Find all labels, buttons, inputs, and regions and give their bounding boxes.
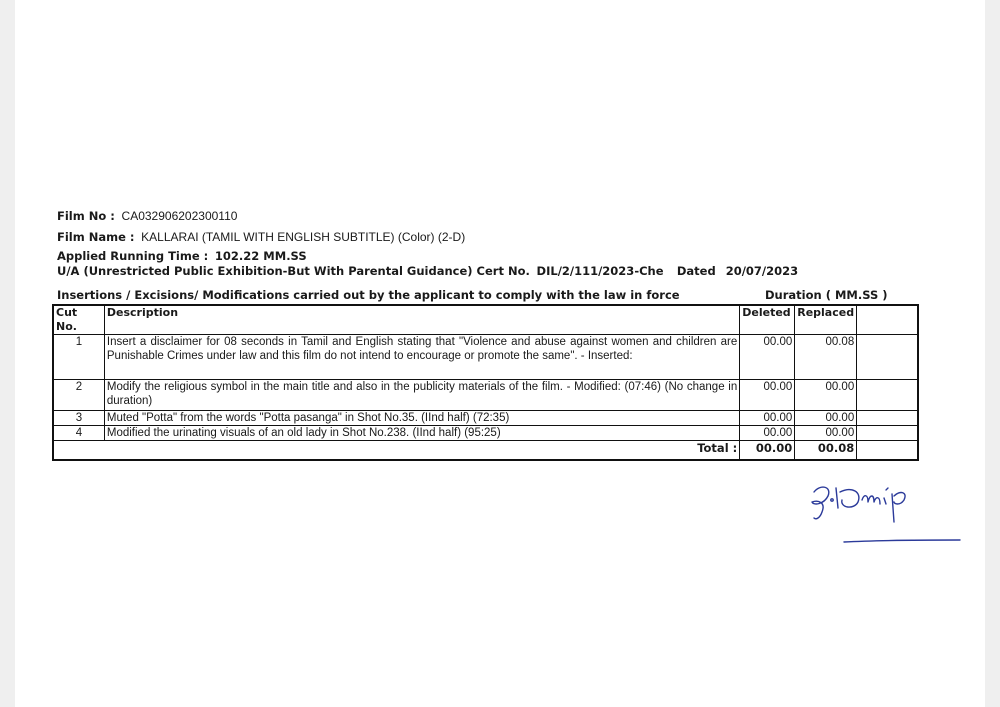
header-deleted: Deleted: [740, 305, 795, 335]
signature: [800, 478, 965, 553]
replaced-cell: 00.00: [795, 426, 857, 441]
description-cell: Modify the religious symbol in the main …: [104, 380, 739, 411]
film-no-value: CA032906202300110: [122, 209, 238, 223]
certificate-line: U/A (Unrestricted Public Exhibition-But …: [57, 264, 798, 278]
film-name-label: Film Name :: [57, 230, 135, 244]
blank-cell: [857, 426, 918, 441]
deleted-cell: 00.00: [740, 380, 795, 411]
blank-cell: [857, 335, 918, 380]
cut-no-cell: 4: [53, 426, 104, 441]
description-cell: Muted "Potta" from the words "Potta pasa…: [104, 411, 739, 426]
description-cell: Insert a disclaimer for 08 seconds in Ta…: [104, 335, 739, 380]
film-no-label: Film No :: [57, 209, 115, 223]
deleted-cell: 00.00: [740, 426, 795, 441]
total-replaced: 00.08: [795, 441, 857, 461]
table-header-row: Cut No. Description Deleted Replaced: [53, 305, 918, 335]
signature-icon: [800, 478, 965, 548]
cut-no-cell: 2: [53, 380, 104, 411]
deleted-cell: 00.00: [740, 335, 795, 380]
blank-cell: [857, 441, 918, 461]
deleted-cell: 00.00: [740, 411, 795, 426]
film-name-value: KALLARAI (TAMIL WITH ENGLISH SUBTITLE) (…: [141, 230, 465, 244]
replaced-cell: 00.00: [795, 380, 857, 411]
blank-cell: [857, 411, 918, 426]
total-row: Total : 00.00 00.08: [53, 441, 918, 461]
blank-cell: [857, 380, 918, 411]
header-description: Description: [104, 305, 739, 335]
section-heading-text: Insertions / Excisions/ Modifications ca…: [57, 288, 680, 302]
table-row: 2 Modify the religious symbol in the mai…: [53, 380, 918, 411]
cut-no-cell: 1: [53, 335, 104, 380]
header-replaced: Replaced: [795, 305, 857, 335]
header-cut-no: Cut No.: [53, 305, 104, 335]
table-row: 3 Muted "Potta" from the words "Potta pa…: [53, 411, 918, 426]
cuts-table: Cut No. Description Deleted Replaced 1 I…: [52, 304, 919, 461]
cut-no-cell: 3: [53, 411, 104, 426]
running-time-value: 102.22 MM.SS: [215, 249, 307, 263]
running-time-line: Applied Running Time : 102.22 MM.SS: [57, 249, 307, 263]
dated-value: 20/07/2023: [726, 264, 798, 278]
certificate-label: U/A (Unrestricted Public Exhibition-But …: [57, 264, 530, 278]
table-row: 4 Modified the urinating visuals of an o…: [53, 426, 918, 441]
table-row: 1 Insert a disclaimer for 08 seconds in …: [53, 335, 918, 380]
header-blank: [857, 305, 918, 335]
film-name-line: Film Name : KALLARAI (TAMIL WITH ENGLISH…: [57, 230, 465, 244]
replaced-cell: 00.00: [795, 411, 857, 426]
certificate-number: DIL/2/111/2023-Che: [537, 264, 664, 278]
duration-heading: Duration ( MM.SS ): [765, 288, 888, 302]
running-time-label: Applied Running Time :: [57, 249, 208, 263]
description-cell: Modified the urinating visuals of an old…: [104, 426, 739, 441]
total-label: Total :: [53, 441, 740, 461]
replaced-cell: 00.08: [795, 335, 857, 380]
section-heading: Insertions / Excisions/ Modifications ca…: [57, 288, 680, 302]
dated-label: Dated: [677, 264, 716, 278]
film-no-line: Film No : CA032906202300110: [57, 209, 237, 223]
total-deleted: 00.00: [740, 441, 795, 461]
